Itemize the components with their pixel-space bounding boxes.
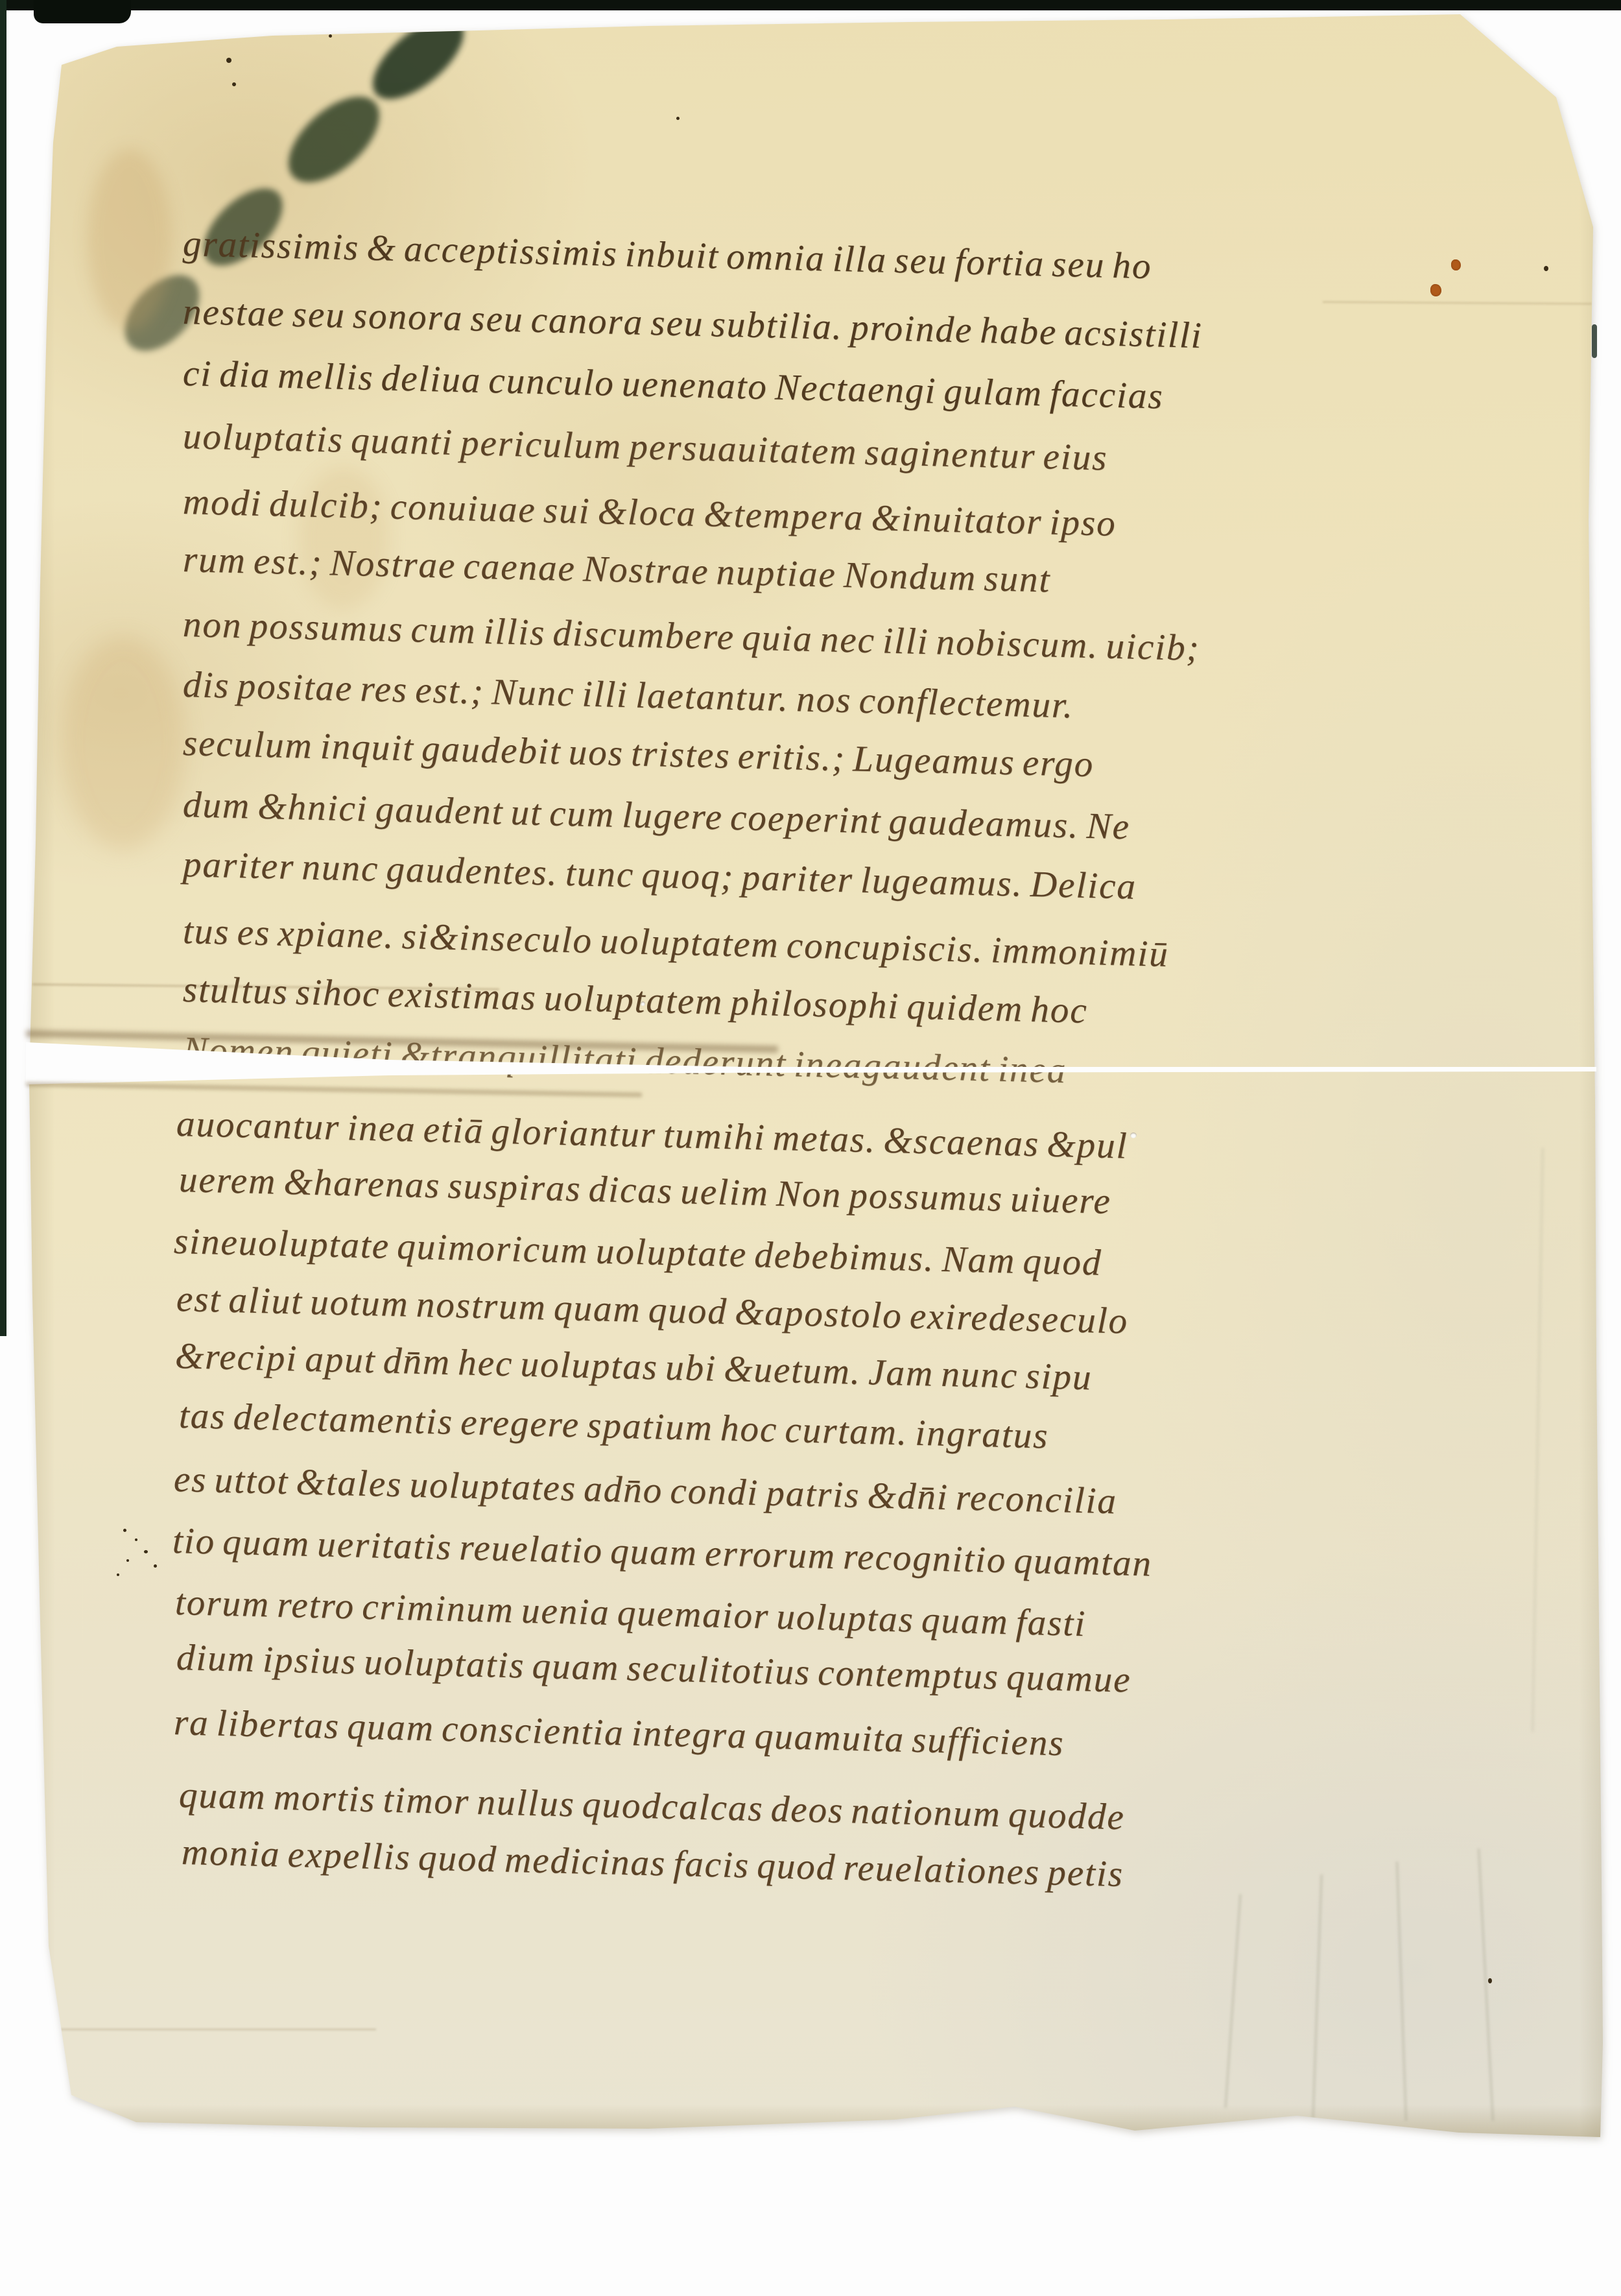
ink-speck	[126, 1559, 129, 1562]
photo-frame-edge-top	[0, 0, 1621, 10]
ink-speck	[154, 1564, 157, 1568]
wrinkle-line	[1532, 1148, 1544, 1732]
rust-spot	[1451, 259, 1461, 270]
wrinkle-line	[1478, 1848, 1494, 2121]
ink-speck	[268, 25, 272, 29]
ink-speck	[232, 82, 236, 86]
scan-background: gratissimis & acceptissimis inbuit omnia…	[0, 0, 1621, 2296]
photo-frame-corner-blob	[34, 0, 131, 23]
wrinkle-line	[1396, 1861, 1407, 2121]
edge-nick	[1592, 324, 1597, 358]
corner-smudge	[359, 3, 477, 114]
wrinkle-line	[1224, 1894, 1241, 2107]
ink-speck	[117, 1573, 119, 1576]
crease-line	[39, 2029, 376, 2030]
corner-smudge	[274, 81, 395, 198]
ink-speck	[144, 1550, 148, 1553]
ink-speck	[226, 58, 231, 63]
crease-line	[1323, 302, 1592, 305]
rust-spot	[1430, 284, 1441, 296]
ink-speck	[123, 1529, 126, 1532]
stain	[88, 149, 172, 331]
ink-speck	[135, 1538, 137, 1541]
stain	[62, 636, 185, 850]
photo-frame-edge-left	[0, 0, 6, 1336]
ink-speck	[329, 34, 332, 38]
ink-speck	[676, 117, 680, 120]
worm-hole	[1130, 1132, 1137, 1138]
ink-speck	[1544, 266, 1548, 271]
wrinkle-line	[1312, 1874, 1322, 2121]
ink-speck	[1488, 1978, 1492, 1983]
